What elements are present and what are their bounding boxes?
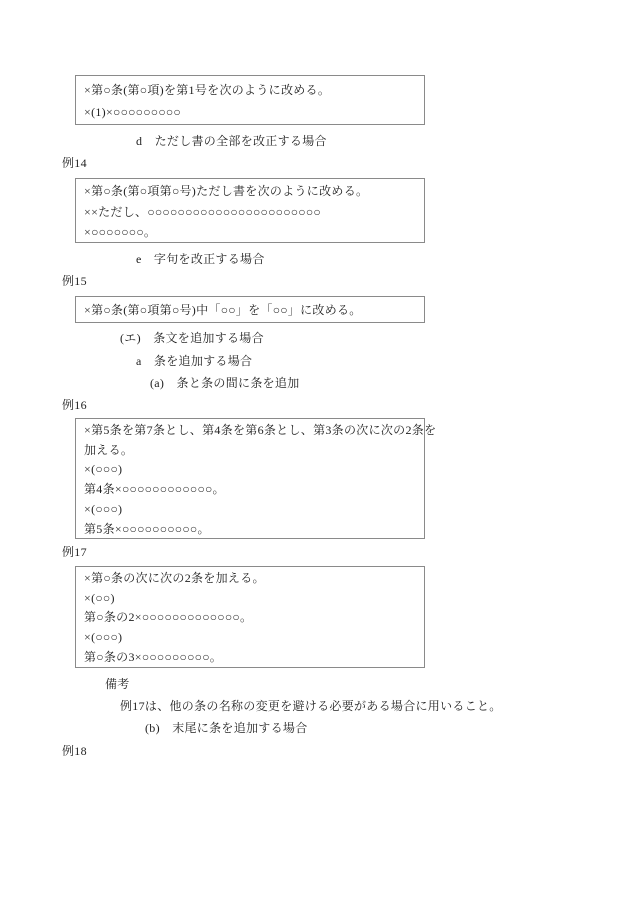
example-box-15: ×第○条(第○項第○号)中「○○」を「○○」に改める。 [75,296,425,323]
remarks-note: 例17は、他の条の名称の変更を避ける必要がある場合に用いること。 [120,698,502,714]
heading-b-paren: (b) 末尾に条を追加する場合 [145,720,308,736]
heading-a-paren: (a) 条と条の間に条を追加 [150,375,300,391]
box-line: ×○○○○○○○。 [84,222,416,243]
box-line: ×(○○○) [84,628,416,648]
heading-d: d ただし書の全部を改正する場合 [136,133,327,149]
heading-e: e 字句を改正する場合 [136,251,265,267]
box-line: ×第5条を第7条とし、第4条を第6条とし、第3条の次に次の2条を [84,421,416,441]
heading-a: a 条を追加する場合 [136,353,252,369]
box-line: 加える。 [84,441,416,461]
example-box-16: ×第5条を第7条とし、第4条を第6条とし、第3条の次に次の2条を 加える。 ×(… [75,418,425,539]
box-line: 第5条×○○○○○○○○○○。 [84,520,416,540]
box-line: 第4条×○○○○○○○○○○○○。 [84,480,416,500]
example-label-17: 例17 [62,544,87,560]
example-box-17: ×第○条の次に次の2条を加える。 ×(○○) 第○条の2×○○○○○○○○○○○… [75,566,425,668]
heading-kana-e: (エ) 条文を追加する場合 [120,330,264,346]
box-line: ×第○条(第○項第○号)ただし書を次のように改める。 [84,181,416,202]
example-label-16: 例16 [62,397,87,413]
box-line: ×(○○) [84,589,416,609]
box-line: ×(○○○) [84,500,416,520]
box-line: ×第○条の次に次の2条を加える。 [84,569,416,589]
box-line: ×第○条(第○項第○号)中「○○」を「○○」に改める。 [84,301,416,319]
box-line: ×第○条(第○項)を第1号を次のように改める。 [84,79,416,101]
box-line: 第○条の2×○○○○○○○○○○○○○。 [84,608,416,628]
box-line: ×(○○○) [84,460,416,480]
remarks-label: 備考 [105,676,130,692]
box-line: ×(1)×○○○○○○○○○ [84,101,416,123]
example-box-top: ×第○条(第○項)を第1号を次のように改める。 ×(1)×○○○○○○○○○ [75,75,425,125]
document-page: ×第○条(第○項)を第1号を次のように改める。 ×(1)×○○○○○○○○○ d… [0,0,630,903]
box-line: 第○条の3×○○○○○○○○○。 [84,648,416,668]
example-label-14: 例14 [62,155,87,171]
example-label-15: 例15 [62,273,87,289]
example-label-18: 例18 [62,743,87,759]
example-box-14: ×第○条(第○項第○号)ただし書を次のように改める。 ××ただし、○○○○○○○… [75,178,425,243]
box-line: ××ただし、○○○○○○○○○○○○○○○○○○○○○○○ [84,202,416,223]
